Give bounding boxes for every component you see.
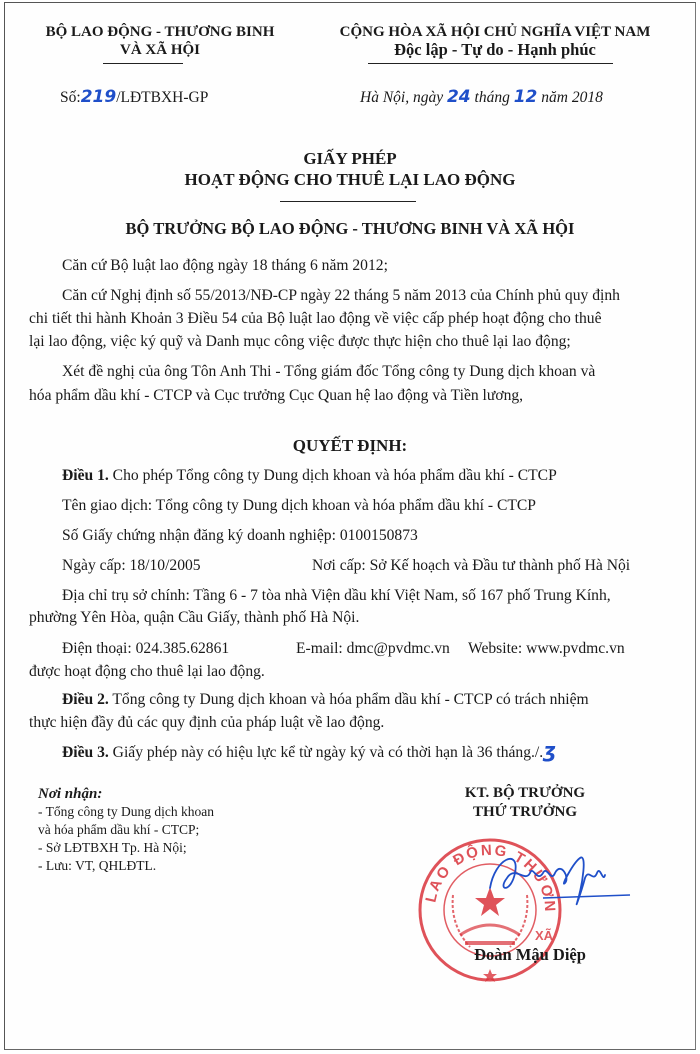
document-title: GIẤY PHÉP (0, 149, 700, 169)
handwritten-initial: ʒ (543, 738, 556, 762)
document-number: Số:219/LĐTBXH-GP (60, 87, 208, 108)
legal-basis-2-line3: lại lao động, việc ký quỹ và Danh mục cô… (29, 332, 571, 352)
handwritten-signature-icon (485, 843, 635, 913)
signer-name: Đoàn Mậu Diệp (400, 945, 660, 965)
article-3-label: Điều 3. (62, 744, 109, 761)
address-line1: Địa chỉ trụ sở chính: Tầng 6 - 7 tòa nhà… (62, 586, 611, 606)
issue-date: Ngày cấp: 18/10/2005 (62, 556, 201, 576)
national-motto: Độc lập - Tự do - Hạnh phúc (310, 40, 680, 60)
issuing-authority: BỘ TRƯỞNG BỘ LAO ĐỘNG - THƯƠNG BINH VÀ X… (0, 219, 700, 239)
issue-place: Nơi cấp: Sở Kế hoạch và Đầu tư thành phố… (312, 556, 630, 576)
article-2-line1: Điều 2. Tổng công ty Dung dịch khoan và … (62, 690, 589, 710)
nation-name: CỘNG HÒA XÃ HỘI CHỦ NGHĨA VIỆT NAM (310, 22, 680, 42)
article-1-text: Cho phép Tổng công ty Dung dịch khoan và… (109, 467, 557, 484)
article-2-text: Tổng công ty Dung dịch khoan và hóa phẩm… (109, 691, 589, 708)
email: E-mail: dmc@pvdmc.vn (296, 639, 450, 659)
date-place: Hà Nội, ngày (360, 89, 443, 106)
document-subtitle: HOẠT ĐỘNG CHO THUÊ LẠI LAO ĐỘNG (0, 170, 700, 190)
handwritten-day: 24 (447, 87, 471, 107)
article-2-line2: thực hiện đầy đủ các quy định của pháp l… (29, 713, 384, 733)
legal-basis-1: Căn cứ Bộ luật lao động ngày 18 tháng 6 … (62, 256, 388, 276)
handwritten-number: 219 (81, 87, 117, 107)
motto-underline (368, 63, 613, 64)
legal-basis-2-line2: chi tiết thi hành Khoản 3 Điều 54 của Bộ… (29, 309, 601, 329)
agency-name-line2: VÀ XÃ HỘI (20, 40, 300, 60)
phone: Điện thoại: 024.385.62861 (62, 639, 229, 659)
article-1-closing: được hoạt động cho thuê lại lao động. (29, 662, 265, 682)
handwritten-month: 12 (514, 87, 538, 107)
recipient-item: - Lưu: VT, QHLĐTL. (38, 857, 156, 875)
recipient-item: và hóa phẩm dầu khí - CTCP; (38, 821, 199, 839)
number-prefix: Số: (60, 89, 81, 106)
article-1: Điều 1. Cho phép Tổng công ty Dung dịch … (62, 466, 557, 486)
legal-basis-2-line1: Căn cứ Nghị định số 55/2013/NĐ-CP ngày 2… (62, 286, 690, 306)
article-2-label: Điều 2. (62, 691, 109, 708)
agency-underline (103, 63, 183, 64)
month-label: tháng (475, 89, 510, 106)
proposal-line1: Xét đề nghị của ông Tôn Anh Thi - Tổng g… (62, 362, 595, 382)
number-suffix: /LĐTBXH-GP (116, 89, 208, 106)
decision-heading: QUYẾT ĐỊNH: (0, 436, 700, 456)
title-underline (280, 201, 416, 202)
recipient-item: - Tổng công ty Dung dịch khoan (38, 803, 214, 821)
issue-date-line: Hà Nội, ngày 24 tháng 12 năm 2018 (360, 87, 603, 108)
svg-text:XÃ: XÃ (535, 928, 554, 943)
proposal-line2: hóa phẩm dầu khí - CTCP và Cục trưởng Cụ… (29, 386, 523, 406)
website: Website: www.pvdmc.vn (468, 639, 625, 659)
article-3: Điều 3. Giấy phép này có hiệu lực kể từ … (62, 740, 556, 763)
registration-number: Số Giấy chứng nhận đăng ký doanh nghiệp:… (62, 526, 418, 546)
article-3-text: Giấy phép này có hiệu lực kể từ ngày ký … (109, 744, 543, 761)
year-label: năm 2018 (541, 89, 603, 106)
recipients-heading: Nơi nhận: (38, 784, 102, 804)
recipient-item: - Sở LĐTBXH Tp. Hà Nội; (38, 839, 187, 857)
agency-name-line1: BỘ LAO ĐỘNG - THƯƠNG BINH (20, 22, 300, 42)
article-1-label: Điều 1. (62, 467, 109, 484)
address-line2: phường Yên Hòa, quận Cầu Giấy, thành phố… (29, 608, 359, 628)
signer-role-1: KT. BỘ TRƯỞNG (400, 783, 650, 803)
signer-role-2: THỨ TRƯỞNG (400, 802, 650, 822)
trade-name: Tên giao dịch: Tổng công ty Dung dịch kh… (62, 496, 536, 516)
